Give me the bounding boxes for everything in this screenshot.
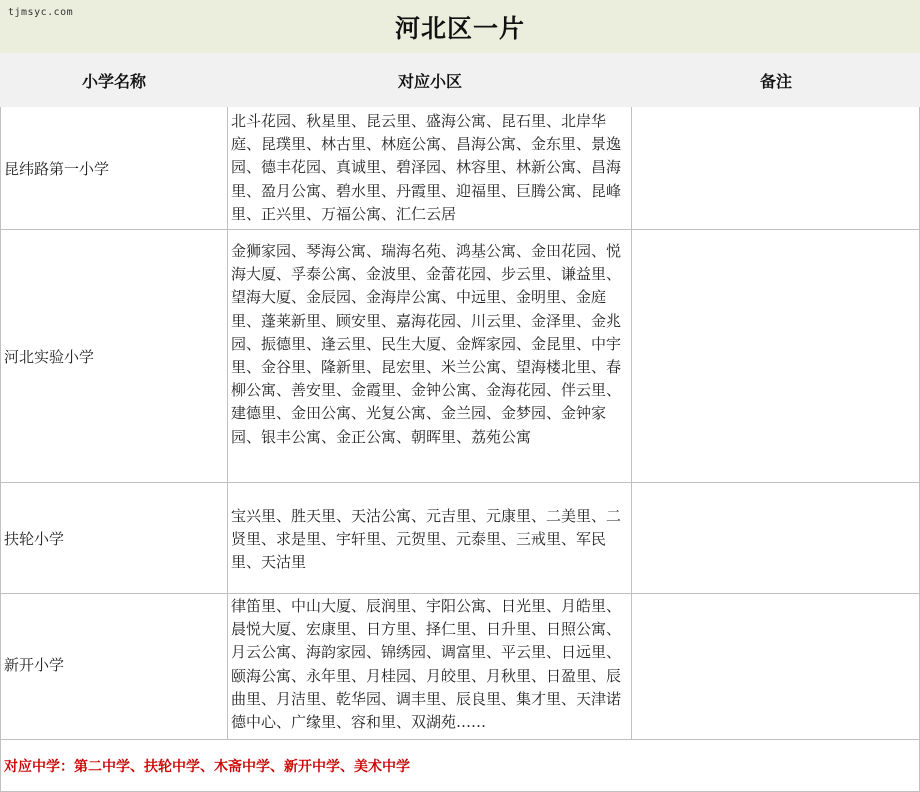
middle-schools-text: 对应中学：第二中学、扶轮中学、木斋中学、新开中学、美术中学 <box>4 756 410 776</box>
title-bar: 河北区一片 <box>0 0 920 53</box>
middle-schools-footer: 对应中学：第二中学、扶轮中学、木斋中学、新开中学、美术中学 <box>0 739 920 792</box>
notes-cell <box>632 483 920 593</box>
school-name-cell: 昆纬路第一小学 <box>0 107 228 229</box>
communities-cell: 律笛里、中山大厦、辰润里、宇阳公寓、日光里、月皓里、晨悦大厦、宏康里、日方里、择… <box>228 594 632 739</box>
communities-cell: 金狮家园、琴海公寓、瑞海名苑、鸿基公寓、金田花园、悦海大厦、孚泰公寓、金波里、金… <box>228 230 632 482</box>
communities-cell: 北斗花园、秋星里、昆云里、盛海公寓、昆石里、北岸华庭、昆璞里、林古里、林庭公寓、… <box>228 107 632 229</box>
table-header: 小学名称 对应小区 备注 <box>0 53 920 107</box>
school-district-table: 昆纬路第一小学 北斗花园、秋星里、昆云里、盛海公寓、昆石里、北岸华庭、昆璞里、林… <box>0 107 920 739</box>
table-row: 河北实验小学 金狮家园、琴海公寓、瑞海名苑、鸿基公寓、金田花园、悦海大厦、孚泰公… <box>0 230 920 483</box>
table-row: 扶轮小学 宝兴里、胜天里、天沽公寓、元吉里、元康里、二美里、二贤里、求是里、宇轩… <box>0 483 920 594</box>
communities-text: 宝兴里、胜天里、天沽公寓、元吉里、元康里、二美里、二贤里、求是里、宇轩里、元贺里… <box>231 505 627 575</box>
notes-cell <box>632 107 920 229</box>
notes-cell <box>632 594 920 739</box>
table-row: 昆纬路第一小学 北斗花园、秋星里、昆云里、盛海公寓、昆石里、北岸华庭、昆璞里、林… <box>0 107 920 230</box>
watermark: tjmsyc.com <box>8 7 73 18</box>
column-header-communities: 对应小区 <box>228 53 632 107</box>
school-name-cell: 河北实验小学 <box>0 230 228 482</box>
column-header-notes: 备注 <box>632 53 920 107</box>
notes-cell <box>632 230 920 482</box>
page-title: 河北区一片 <box>395 9 525 45</box>
school-name-cell: 新开小学 <box>0 594 228 739</box>
school-name-cell: 扶轮小学 <box>0 483 228 593</box>
column-header-school-name: 小学名称 <box>0 53 228 107</box>
communities-cell: 宝兴里、胜天里、天沽公寓、元吉里、元康里、二美里、二贤里、求是里、宇轩里、元贺里… <box>228 483 632 593</box>
table-row: 新开小学 律笛里、中山大厦、辰润里、宇阳公寓、日光里、月皓里、晨悦大厦、宏康里、… <box>0 594 920 739</box>
